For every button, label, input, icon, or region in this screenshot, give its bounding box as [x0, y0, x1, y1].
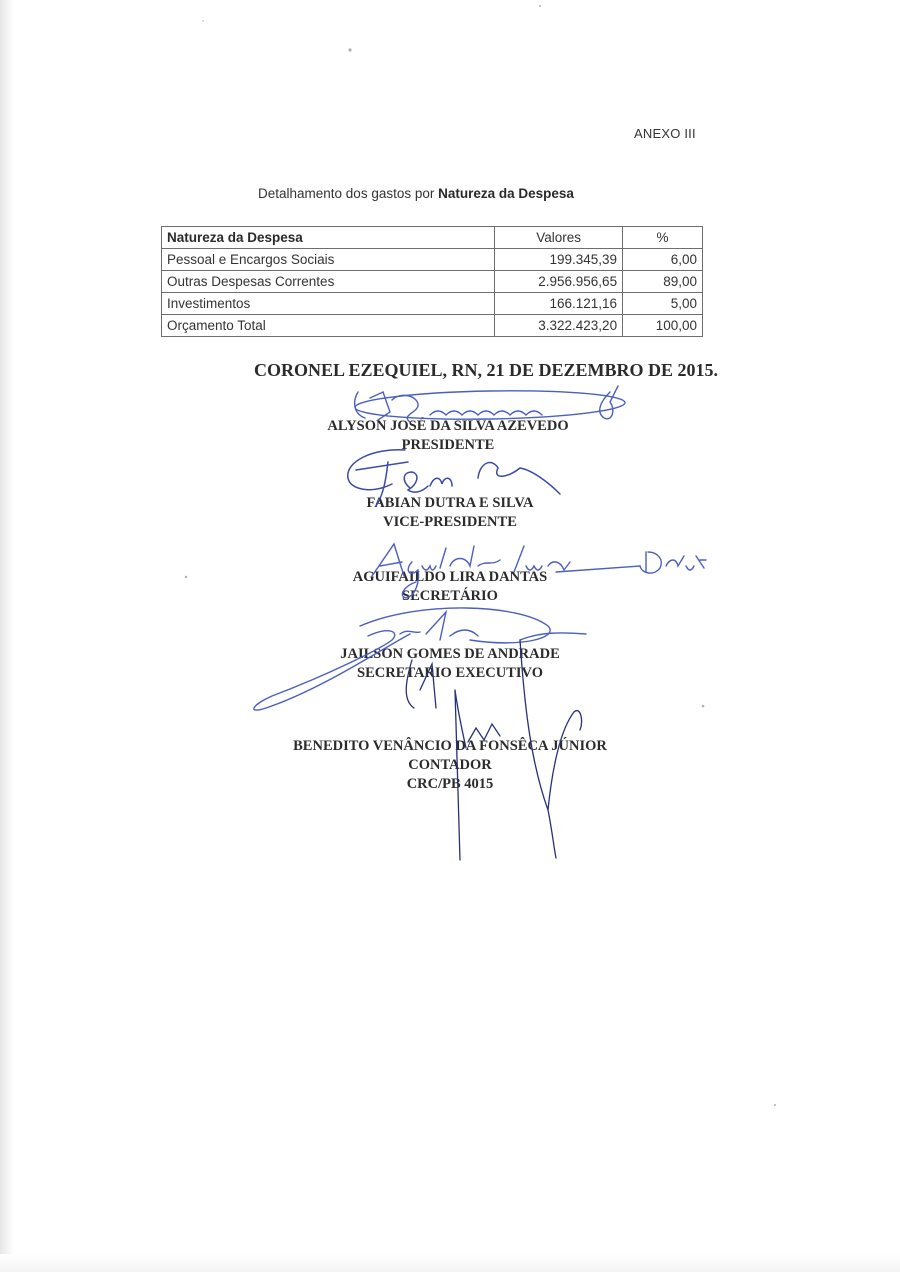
- table-row: Investimentos 166.121,16 5,00: [162, 293, 703, 315]
- row-value: 166.121,16: [495, 293, 623, 315]
- signatory-role: CONTADOR: [0, 756, 900, 775]
- row-label: Pessoal e Encargos Sociais: [162, 249, 495, 271]
- title-bold: Natureza da Despesa: [438, 186, 574, 201]
- place-date: CORONEL EZEQUIEL, RN, 21 DE DEZEMBRO DE …: [36, 360, 900, 381]
- document-title: Detalhamento dos gastos por Natureza da …: [258, 186, 574, 201]
- table-row: Pessoal e Encargos Sociais 199.345,39 6,…: [162, 249, 703, 271]
- table-total-row: Orçamento Total 3.322.423,20 100,00: [162, 315, 703, 337]
- title-prefix: Detalhamento dos gastos por: [258, 186, 438, 201]
- signatory-executive-secretary: JAILSON GOMES DE ANDRADE SECRETARIO EXEC…: [0, 645, 900, 683]
- signatory-role: SECRETÁRIO: [0, 587, 900, 606]
- row-percent: 6,00: [623, 249, 703, 271]
- scan-page-edge: [0, 0, 14, 1272]
- signatory-role: SECRETARIO EXECUTIVO: [0, 664, 900, 683]
- expense-table: Natureza da Despesa Valores % Pessoal e …: [161, 226, 703, 337]
- row-value: 3.322.423,20: [495, 315, 623, 337]
- signatory-secretary: AGUIFAILDO LIRA DANTAS SECRETÁRIO: [0, 568, 900, 606]
- signatory-accountant: BENEDITO VENÂNCIO DA FONSÊCA JÚNIOR CONT…: [0, 737, 900, 794]
- signatory-name: JAILSON GOMES DE ANDRADE: [0, 645, 900, 664]
- signatory-president: ALYSON JOSÉ DA SILVA AZEVEDO PRESIDENTE: [0, 417, 898, 455]
- signatory-registration: CRC/PB 4015: [0, 775, 900, 794]
- row-value: 199.345,39: [495, 249, 623, 271]
- table-row: Outras Despesas Correntes 2.956.956,65 8…: [162, 271, 703, 293]
- row-value: 2.956.956,65: [495, 271, 623, 293]
- annex-label: ANEXO III: [634, 126, 696, 141]
- row-label: Orçamento Total: [162, 315, 495, 337]
- signatory-name: BENEDITO VENÂNCIO DA FONSÊCA JÚNIOR: [0, 737, 900, 756]
- header-percent: %: [623, 227, 703, 249]
- scan-specks: [185, 5, 776, 1106]
- signatory-name: FABIAN DUTRA E SILVA: [0, 494, 900, 513]
- signatory-name: ALYSON JOSÉ DA SILVA AZEVEDO: [0, 417, 898, 436]
- row-label: Investimentos: [162, 293, 495, 315]
- signatory-role: VICE-PRESIDENTE: [0, 513, 900, 532]
- scan-bottom-edge: [0, 1254, 900, 1272]
- signatory-role: PRESIDENTE: [0, 436, 898, 455]
- table-header-row: Natureza da Despesa Valores %: [162, 227, 703, 249]
- row-percent: 100,00: [623, 315, 703, 337]
- row-percent: 89,00: [623, 271, 703, 293]
- signatory-vice-president: FABIAN DUTRA E SILVA VICE-PRESIDENTE: [0, 494, 900, 532]
- header-values: Valores: [495, 227, 623, 249]
- header-nature: Natureza da Despesa: [162, 227, 495, 249]
- row-label: Outras Despesas Correntes: [162, 271, 495, 293]
- signatory-name: AGUIFAILDO LIRA DANTAS: [0, 568, 900, 587]
- row-percent: 5,00: [623, 293, 703, 315]
